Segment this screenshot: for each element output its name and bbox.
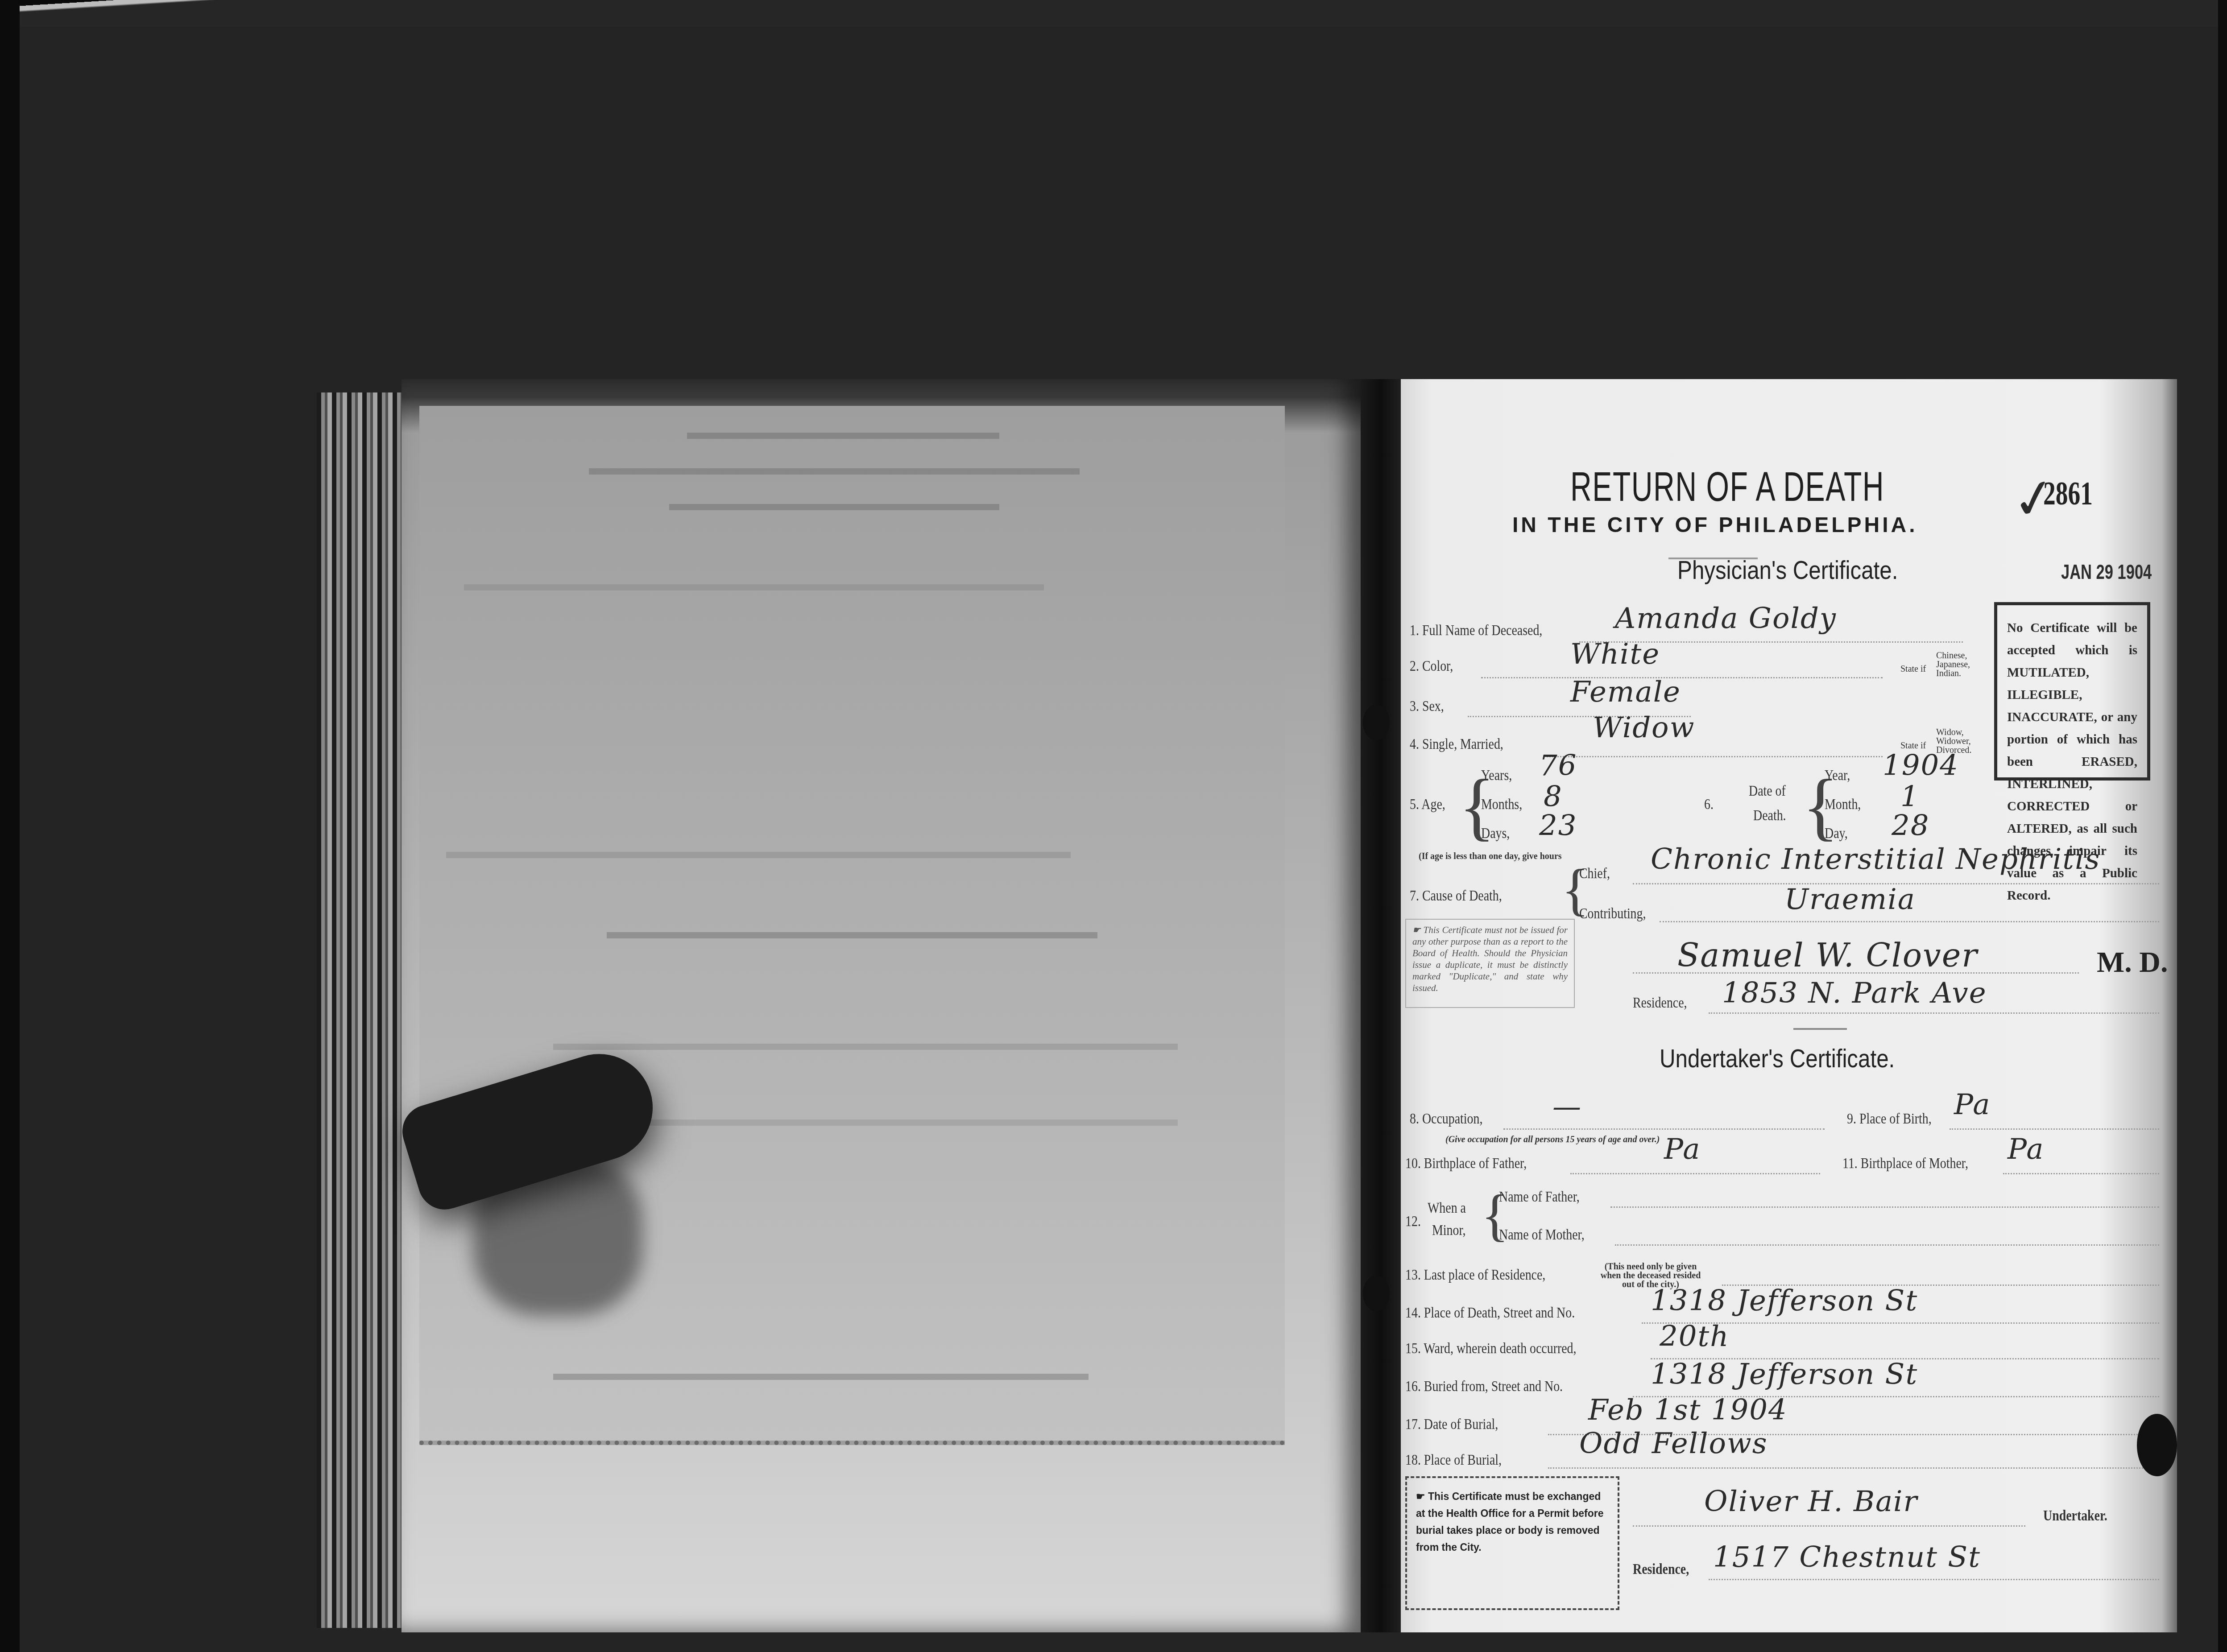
birthplace-mother-label: Birthplace of Mother, xyxy=(1861,1155,1968,1172)
place-of-death-value: 1318 Jefferson St xyxy=(1651,1284,1918,1317)
place-of-burial-value: Odd Fellows xyxy=(1579,1427,1768,1460)
bound-register: RETURN OF A DEATH IN THE CITY OF PHILADE… xyxy=(286,379,2177,1632)
field-number: 16. xyxy=(1405,1378,1421,1395)
marital-label: Single, Married, xyxy=(1422,736,1503,752)
place-of-birth-value: Pa xyxy=(1954,1088,1991,1121)
color-label: Color, xyxy=(1422,658,1453,674)
validity-notice-box: No Certificate will be accepted which is… xyxy=(1994,602,2150,781)
left-page xyxy=(402,379,1361,1632)
field-number: 13. xyxy=(1405,1267,1421,1283)
received-date-stamp: JAN 29 1904 xyxy=(2061,560,2152,584)
field-number: 8. xyxy=(1410,1111,1419,1127)
buried-from-label: Buried from, Street and No. xyxy=(1424,1378,1563,1395)
color-clarifier-lead: State if xyxy=(1900,665,1926,673)
minor-mother-label: Name of Mother, xyxy=(1499,1227,1585,1243)
field-number: 9. xyxy=(1847,1111,1856,1127)
ward-value: 20th xyxy=(1660,1320,1729,1353)
binding-ring-icon xyxy=(2137,1414,2177,1476)
full-name-label: Full Name of Deceased, xyxy=(1422,622,1542,639)
binding-ring-icon xyxy=(1363,1276,1390,1311)
age-label: Age, xyxy=(1421,796,1445,813)
permit-notice: ☛ This Certificate must be exchanged at … xyxy=(1405,1476,1619,1610)
date-of-burial-label: Date of Burial, xyxy=(1424,1416,1498,1433)
divider xyxy=(1793,1028,1847,1030)
physician-suffix: M. D. xyxy=(2097,946,2168,979)
field-number: 4. xyxy=(1410,736,1419,752)
place-of-birth-label: Place of Birth, xyxy=(1859,1111,1932,1127)
marital-clarifier-lead: State if xyxy=(1900,741,1926,750)
age-days-value: 23 xyxy=(1539,809,1577,843)
ward-label: Ward, wherein death occurred, xyxy=(1424,1340,1576,1357)
date-of-burial-value: Feb 1st 1904 xyxy=(1588,1394,1788,1427)
duplicate-notice: ☛ This Certificate must not be issued fo… xyxy=(1405,919,1575,1008)
field-number: 15. xyxy=(1405,1340,1421,1357)
place-of-burial-label: Place of Burial, xyxy=(1424,1452,1502,1468)
death-year-label: Year, xyxy=(1825,767,1850,784)
field-number: 18. xyxy=(1405,1452,1421,1468)
last-residence-label: Last place of Residence, xyxy=(1424,1267,1545,1283)
place-of-death-label: Place of Death, Street and No. xyxy=(1424,1305,1575,1321)
occupation-note: (Give occupation for all persons 15 year… xyxy=(1445,1135,1660,1144)
undertaker-residence-value: 1517 Chestnut St xyxy=(1713,1541,1981,1574)
color-clarifier-options: Chinese, Japanese, Indian. xyxy=(1936,651,1970,678)
birthplace-father-value: Pa xyxy=(1664,1133,1701,1166)
book-gutter xyxy=(1361,379,1401,1632)
death-month-value: 1 xyxy=(1900,781,1920,814)
physician-residence-label: Residence, xyxy=(1633,995,1687,1012)
sex-label: Sex, xyxy=(1422,698,1444,714)
cause-chief-label: Chief, xyxy=(1579,865,1610,882)
color-value: White xyxy=(1570,638,1660,671)
binding-ring-icon xyxy=(1363,705,1390,740)
cause-label: Cause of Death, xyxy=(1422,888,1502,904)
age-months-label: Months, xyxy=(1481,796,1522,813)
field-number: 3. xyxy=(1410,698,1419,714)
birthplace-mother-value: Pa xyxy=(2008,1133,2044,1166)
certificate-subtitle: IN THE CITY OF PHILADELPHIA. xyxy=(1512,513,1917,537)
age-months-value: 8 xyxy=(1544,781,1563,814)
film-right-border xyxy=(2218,0,2227,1652)
field-number: 5. xyxy=(1410,796,1419,813)
birthplace-father-label: Birthplace of Father, xyxy=(1424,1155,1527,1172)
cause-contributing-label: Contributing, xyxy=(1579,905,1646,922)
minor-father-label: Name of Father, xyxy=(1499,1189,1580,1206)
death-certificate-page: RETURN OF A DEATH IN THE CITY OF PHILADE… xyxy=(1401,379,2177,1632)
death-day-value: 28 xyxy=(1892,809,1929,843)
death-day-label: Day, xyxy=(1825,825,1848,842)
undertaker-residence-label: Residence, xyxy=(1633,1561,1689,1578)
age-years-value: 76 xyxy=(1539,749,1577,782)
undertaker-section-title: Undertaker's Certificate. xyxy=(1660,1044,1895,1074)
age-years-label: Years, xyxy=(1481,767,1512,784)
age-hours-note: (If age is less than one day, give hours xyxy=(1419,852,1562,861)
field-number: 10. xyxy=(1405,1155,1421,1172)
field-number: 2. xyxy=(1410,658,1419,674)
certificate-title: RETURN OF A DEATH xyxy=(1570,464,1884,511)
sex-value: Female xyxy=(1570,676,1681,709)
death-month-label: Month, xyxy=(1825,796,1861,813)
date-of-death-label: Date of xyxy=(1749,783,1786,800)
undertaker-suffix: Undertaker. xyxy=(2043,1507,2107,1524)
marital-value: Widow xyxy=(1593,711,1695,744)
occupation-value: — xyxy=(1552,1090,1582,1123)
film-top-edge xyxy=(0,0,2227,27)
age-days-label: Days, xyxy=(1481,825,1510,842)
buried-from-value: 1318 Jefferson St xyxy=(1651,1358,1918,1391)
physician-residence-value: 1853 N. Park Ave xyxy=(1722,977,1987,1010)
film-left-border xyxy=(0,0,20,1652)
physician-signature: Samuel W. Clover xyxy=(1677,937,1978,974)
occupation-label: Occupation, xyxy=(1422,1111,1482,1127)
death-year-value: 1904 xyxy=(1883,749,1959,782)
cause-chief-value: Chronic Interstitial Nephritis xyxy=(1651,843,2100,876)
field-number: 17. xyxy=(1405,1416,1421,1433)
physician-section-title: Physician's Certificate. xyxy=(1677,555,1898,585)
field-number: 11. xyxy=(1842,1155,1858,1172)
field-number: 12. xyxy=(1405,1213,1421,1230)
field-number: 7. xyxy=(1410,888,1419,904)
field-number: 6. xyxy=(1704,796,1714,813)
minor-label: When a xyxy=(1428,1200,1466,1217)
undertaker-signature: Oliver H. Bair xyxy=(1704,1485,1918,1518)
full-name-value: Amanda Goldy xyxy=(1615,602,1837,635)
cause-contributing-value: Uraemia xyxy=(1784,883,1916,916)
field-number: 14. xyxy=(1405,1305,1421,1321)
field-number: 1. xyxy=(1410,622,1419,639)
register-number: 2861 xyxy=(2043,475,2093,513)
